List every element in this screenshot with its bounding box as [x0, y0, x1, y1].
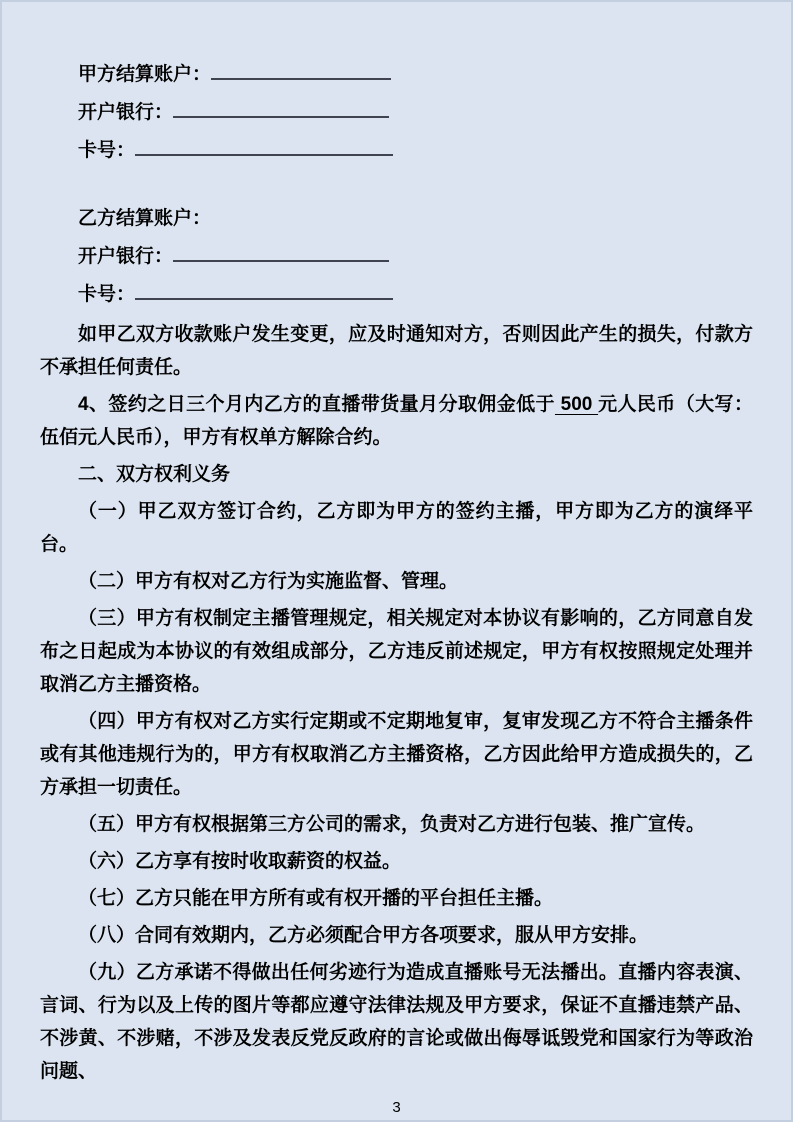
party-a-card-line: 卡号：: [40, 132, 753, 170]
party-a-bank-label: 开户银行：: [78, 102, 173, 123]
clause-item-2: （二）甲方有权对乙方行为实施监督、管理。: [40, 565, 753, 598]
party-b-card-line: 卡号：: [40, 276, 753, 314]
clause-4-before: 4、签约之日三个月内乙方的直播带货量月分取佣金低于: [78, 394, 555, 415]
party-a-settlement-label: 甲方结算账户：: [78, 64, 211, 85]
clause-item-1: （一）甲乙双方签订合约，乙方即为甲方的签约主播，甲方即为乙方的演绎平台。: [40, 495, 753, 561]
clause-item-6: （六）乙方享有按时收取薪资的权益。: [40, 845, 753, 878]
clause-item-7: （七）乙方只能在甲方所有或有权开播的平台担任主播。: [40, 882, 753, 915]
party-a-card-label: 卡号：: [78, 140, 135, 161]
party-b-account-block: 乙方结算账户： 开户银行： 卡号：: [40, 200, 753, 314]
page-number: 3: [40, 1098, 753, 1118]
party-a-settlement-line: 甲方结算账户：: [40, 56, 753, 94]
party-b-bank-label: 开户银行：: [78, 246, 173, 267]
party-a-bank-blank: [173, 98, 389, 118]
party-a-bank-line: 开户银行：: [40, 94, 753, 132]
section-heading-rights-obligations: 二、双方权利义务: [40, 458, 753, 491]
party-a-account-block: 甲方结算账户： 开户银行： 卡号：: [40, 56, 753, 170]
contract-page: { "page": { "bg_color": "#dbe4f0", "text…: [0, 0, 793, 1122]
party-a-settlement-blank: [211, 60, 391, 80]
clause-item-3: （三）甲方有权制定主播管理规定，相关规定对本协议有影响的，乙方同意自发布之日起成…: [40, 602, 753, 701]
party-b-bank-blank: [173, 242, 389, 262]
page-content: 甲方结算账户： 开户银行： 卡号： 乙方结算账户： 开户银行： 卡号： 如甲乙双…: [2, 2, 791, 1118]
clause-item-8: （八）合同有效期内，乙方必须配合甲方各项要求，服从甲方安排。: [40, 919, 753, 952]
clause-4: 4、签约之日三个月内乙方的直播带货量月分取佣金低于 500 元人民币（大写：伍佰…: [40, 388, 753, 454]
party-b-settlement-line: 乙方结算账户：: [40, 200, 753, 238]
clause-item-9: （九）乙方承诺不得做出任何劣迹行为造成直播账号无法播出。直播内容表演、言词、行为…: [40, 956, 753, 1088]
clause-4-amount: 500: [555, 394, 598, 415]
party-b-settlement-label: 乙方结算账户：: [78, 208, 211, 229]
party-b-card-blank: [135, 280, 393, 300]
clause-item-4: （四）甲方有权对乙方实行定期或不定期地复审，复审发现乙方不符合主播条件或有其他违…: [40, 705, 753, 804]
party-b-card-label: 卡号：: [78, 284, 135, 305]
party-b-bank-line: 开户银行：: [40, 238, 753, 276]
clause-item-5: （五）甲方有权根据第三方公司的需求，负责对乙方进行包装、推广宣传。: [40, 808, 753, 841]
account-change-notice: 如甲乙双方收款账户发生变更，应及时通知对方，否则因此产生的损失，付款方不承担任何…: [40, 318, 753, 384]
party-a-card-blank: [135, 136, 393, 156]
